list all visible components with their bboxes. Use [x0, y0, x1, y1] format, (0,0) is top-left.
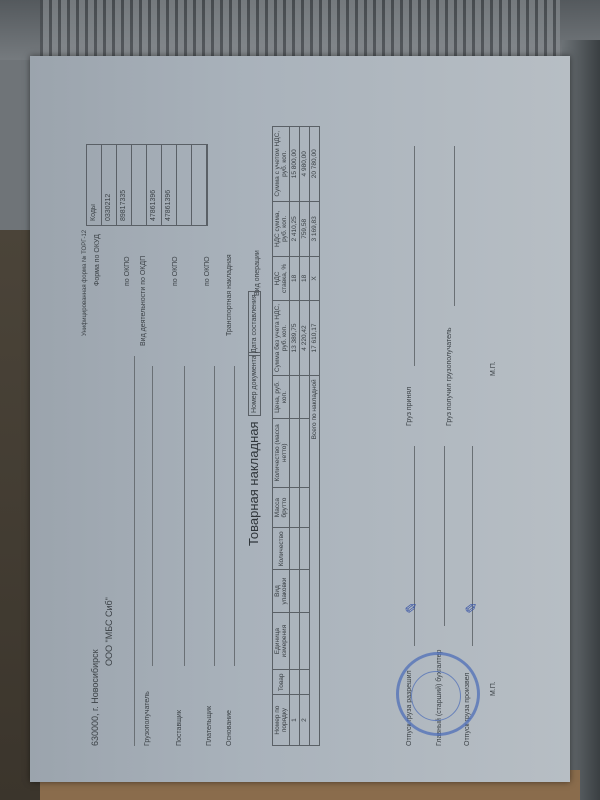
cell — [290, 612, 300, 670]
cell-item — [300, 670, 310, 695]
total-label: Всего по накладной — [310, 376, 320, 746]
col-header: НДС сумма, руб. коп. — [273, 201, 290, 257]
cell — [300, 418, 310, 487]
supplier-line — [184, 366, 185, 666]
consignee-label: Грузополучатель — [144, 691, 151, 746]
cell — [290, 418, 300, 487]
form-note: Унифицированная форма № ТОРГ-12 — [82, 230, 88, 336]
cell-n: 1 — [290, 695, 300, 746]
signature-line — [444, 446, 445, 626]
total-vat-rate: X — [310, 257, 320, 300]
code-row — [177, 145, 192, 225]
cell-sum-no-vat: 4 220,42 — [300, 300, 310, 376]
transport-doc-label: Транспортная накладная — [226, 254, 233, 336]
total-vat-sum: 3 169,83 — [310, 201, 320, 257]
col-header: Номер по порядку — [273, 695, 290, 746]
code-row — [192, 145, 207, 225]
background-paper-lines — [40, 0, 560, 60]
doc-number-label: Номер документа — [248, 352, 261, 416]
cell-vat-sum: 2 410,25 — [290, 201, 300, 257]
mp-right: М.П. — [490, 361, 497, 376]
cell-sum-no-vat: 13 389,75 — [290, 300, 300, 376]
signature: ✎ — [462, 603, 481, 616]
cell-vat-sum: 759,58 — [300, 201, 310, 257]
col-header: Масса брутто — [273, 487, 290, 527]
consignor-address: 630000, г. Новосибирск — [90, 649, 100, 746]
basis-label: Основание — [226, 710, 233, 746]
cell — [290, 570, 300, 613]
operation-type-label: Вид операции — [254, 250, 261, 296]
total-sum-no-vat: 17 610,17 — [310, 300, 320, 376]
table-row: 2 4 220,42 18 759,58 4 980,00 — [300, 127, 310, 746]
mp-left: М.П. — [490, 681, 497, 696]
codes-box: Коды 0330212 89817335 47861396 47861396 — [86, 144, 208, 226]
total-sum-with-vat: 20 780,00 — [310, 127, 320, 202]
signature-line — [472, 446, 473, 646]
payer-label: Плательщик — [206, 706, 213, 746]
okpo-label: по ОКПО — [124, 256, 131, 286]
signature-line — [414, 446, 415, 646]
cell — [300, 487, 310, 527]
okpo-payer-label: по ОКПО — [204, 256, 211, 286]
cell — [300, 570, 310, 613]
cell — [300, 612, 310, 670]
col-header: Цена, руб. коп. — [273, 376, 290, 418]
payer-line — [214, 366, 215, 666]
doc-date-label: Дата составления — [248, 291, 261, 356]
col-header: Единица измерения — [273, 612, 290, 670]
cell — [290, 487, 300, 527]
col-header: Вид упаковки — [273, 570, 290, 613]
table-total-row: Всего по накладной 17 610,17 X 3 169,83 … — [310, 127, 320, 746]
cargo-received-label: Груз получил грузополучатель — [446, 328, 453, 426]
consignor-org: ООО "МБС Сиб" — [104, 597, 114, 666]
supplier-label: Поставщик — [176, 710, 183, 746]
cell-vat-rate: 18 — [290, 257, 300, 300]
code-okpo-payer: 47861396 — [162, 145, 177, 225]
code-empty — [132, 145, 147, 225]
cell — [290, 528, 300, 570]
col-header: Сумма с учетом НДС, руб. коп. — [273, 127, 290, 202]
code-okud: 0330212 — [102, 145, 117, 225]
col-header: Количество (масса нетто) — [273, 418, 290, 487]
page-title: Товарная накладная — [246, 421, 261, 546]
signature-line — [454, 146, 455, 306]
code-okpo-consignee: 47861396 — [147, 145, 162, 225]
code-okpo-consignor: 89817335 — [117, 145, 132, 225]
table-row: 1 13 389,75 18 2 410,25 15 800,00 — [290, 127, 300, 746]
col-header: Сумма без учета НДС, руб. коп. — [273, 300, 290, 376]
okdp-label: Вид деятельности по ОКДП — [140, 256, 147, 346]
col-header: Количество — [273, 528, 290, 570]
cell — [300, 528, 310, 570]
cell-sum-with-vat: 4 980,00 — [300, 127, 310, 202]
cell-item — [290, 670, 300, 695]
signature: ✎ — [402, 603, 421, 616]
codes-header: Коды — [87, 145, 102, 225]
company-stamp — [396, 652, 480, 736]
cell-sum-with-vat: 15 800,00 — [290, 127, 300, 202]
cell — [300, 376, 310, 418]
okud-label: Форма по ОКУД — [94, 234, 101, 286]
okpo-consignee-label: по ОКПО — [172, 256, 179, 286]
consignee-line — [152, 366, 153, 666]
col-header: Товар — [273, 670, 290, 695]
divider — [134, 356, 135, 746]
invoice-sheet: Унифицированная форма № ТОРГ-12 630000, … — [30, 56, 570, 782]
basis-line — [234, 366, 235, 666]
col-header: НДС ставка, % — [273, 257, 290, 300]
received-label: Груз принял — [406, 387, 413, 426]
cell-vat-rate: 18 — [300, 257, 310, 300]
goods-table: Номер по порядку Товар Единица измерения… — [272, 126, 320, 746]
cell — [290, 376, 300, 418]
invoice-content: Унифицированная форма № ТОРГ-12 630000, … — [76, 116, 516, 756]
table-header-row: Номер по порядку Товар Единица измерения… — [273, 127, 290, 746]
signature-line — [414, 146, 415, 366]
cell-n: 2 — [300, 695, 310, 746]
